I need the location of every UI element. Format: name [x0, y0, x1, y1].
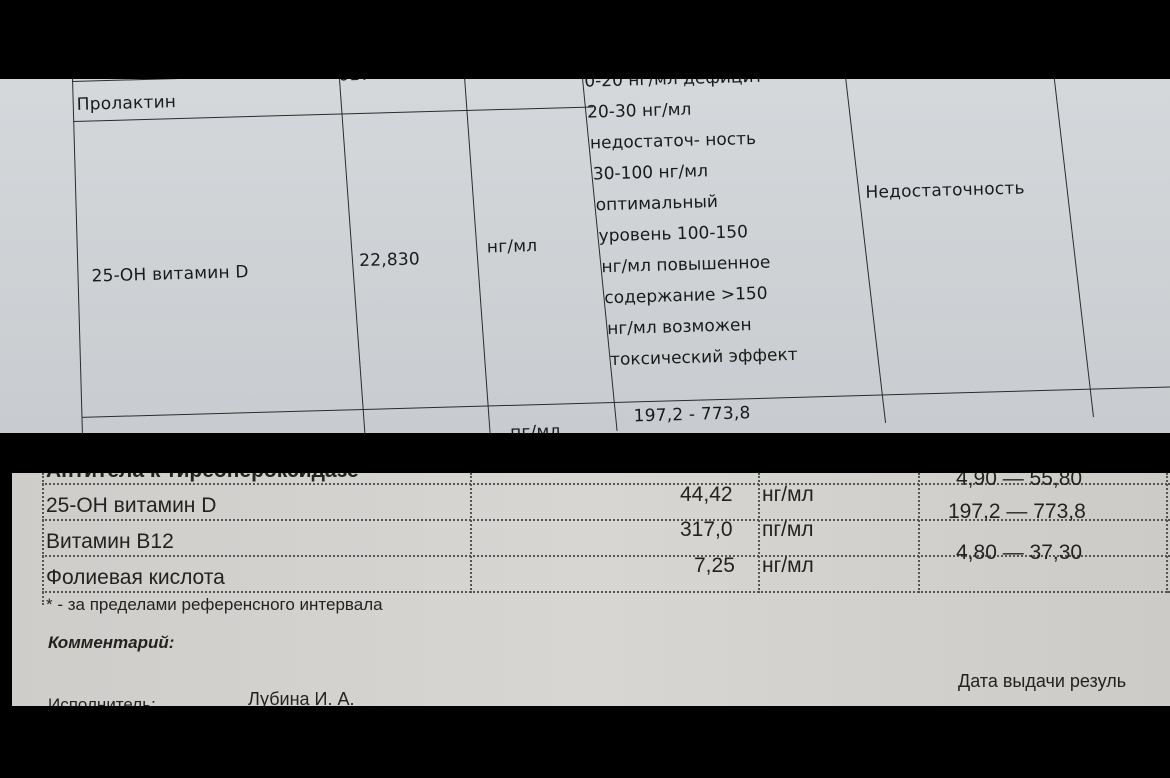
issue-date-label: Дата выдачи резуль: [958, 671, 1126, 692]
test-unit: нг/мл: [762, 483, 814, 507]
reference-range: 197,2 — 773,8: [948, 500, 1086, 524]
reference-range-block: 0-20 нг/мл дефицит 20-30 нг/мл недостато…: [584, 79, 843, 377]
row-divider: [81, 386, 1170, 418]
test-unit: нг/мл: [487, 236, 538, 257]
test-unit: нг/мл: [762, 554, 814, 578]
top-results-table: 617 * Пролактин 25-ОН витамин D 22,830 н…: [0, 79, 1170, 433]
test-unit: пг/мл: [762, 518, 814, 542]
column-divider: [470, 473, 472, 593]
column-divider: [758, 473, 760, 593]
test-name: Фолиевая кислота: [46, 566, 225, 590]
table-border: [1049, 79, 1094, 417]
bottom-results-table: Антитела к тиреопероксидазе 4,90 — 55,80…: [12, 473, 1170, 706]
test-value: 7,25: [694, 554, 735, 578]
bottom-photo-lab-report: Антитела к тиреопероксидазе 4,90 — 55,80…: [12, 473, 1170, 706]
reference-line: токсический эффект: [610, 339, 843, 376]
test-name: Витамин B12: [46, 530, 174, 554]
executor-name: Лубина И. А.: [248, 689, 354, 706]
test-value: 44,42: [680, 483, 733, 507]
table-border: [841, 79, 886, 423]
top-photo-lab-report: 617 * Пролактин 25-ОН витамин D 22,830 н…: [0, 79, 1170, 433]
comment-label: Комментарий:: [48, 633, 174, 653]
test-value: 22,830: [359, 249, 420, 271]
test-unit: пг/мл: [510, 421, 561, 433]
test-name: 25-ОН витамин D: [91, 262, 249, 286]
column-divider: [1166, 473, 1168, 593]
reference-range: 4,80 — 37,30: [956, 541, 1082, 565]
reference-range: 4,90 — 55,80: [956, 473, 1082, 491]
footnote: * - за пределами референсного интервала: [46, 595, 383, 615]
reference-range: 197,2 - 773,8: [633, 403, 750, 426]
row-divider: [42, 591, 1170, 593]
executor-label: Исполнитель:: [48, 695, 156, 706]
column-divider: [918, 473, 920, 593]
test-comment: Недостаточность: [865, 178, 1025, 202]
cut-value-fragment: 617 *: [338, 79, 386, 86]
column-divider: [42, 473, 44, 605]
row-divider: [72, 79, 592, 82]
test-name: Пролактин: [76, 92, 176, 115]
test-value: 317,0: [680, 518, 733, 542]
cut-test-name: Антитела к тиреопероксидазе: [46, 473, 359, 483]
table-border: [72, 79, 84, 433]
test-name: 25-ОН витамин D: [46, 494, 216, 518]
